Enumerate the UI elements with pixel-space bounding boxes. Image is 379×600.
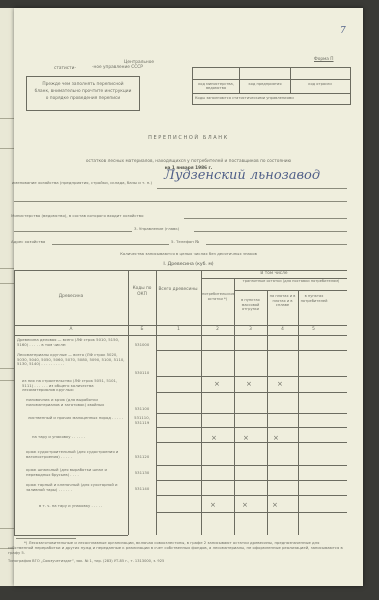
corner-handwritten-mark: 7 <box>340 26 346 36</box>
col-header-4: на плотах и в плотах и в сплаве <box>268 294 297 308</box>
col-num: 3 <box>234 327 267 332</box>
table-row-code: 531110, 531119 <box>128 416 156 425</box>
table-row-name: на тару и упаковку . . . . . . <box>32 434 85 439</box>
table-row-name: Древесина деловая — всего (ЛФ строк 5010… <box>17 338 125 347</box>
table-row-code: 531120 <box>128 454 156 459</box>
agency-line2-right: -ное управление СССР <box>92 65 143 70</box>
table-row-code: 530110 <box>128 370 156 375</box>
table-row-name: кряж судостроительный (для судостроения … <box>26 450 126 459</box>
x-mark: × <box>246 380 252 388</box>
integer-note: Количества записываются в целых числах б… <box>14 251 363 256</box>
code-industry-cell: код отрасли <box>291 82 349 86</box>
col-header-5: в пунктах потребителей <box>299 294 329 303</box>
col-header-code: Коды по ОКП <box>128 286 156 298</box>
ministry-label: Министерство (ведомство), в состав котор… <box>11 213 181 218</box>
table-row-name: в т. ч. на тару и упаковку . . . . . <box>39 503 102 508</box>
table-row-code: 531130 <box>128 470 156 475</box>
table-row-code: 531100 <box>128 406 156 411</box>
wood-table: Древесина Коды по ОКП Всего древесины В … <box>14 270 347 535</box>
code-enterprise-cell: код предприятия <box>240 82 290 86</box>
x-mark: × <box>243 434 249 442</box>
notice-line: бланк, внимательно прочтите инструкции <box>27 89 139 94</box>
col-header-total: Всего древесины <box>158 287 198 293</box>
printer-line: Типография ВГО „Союзучетиздат“, зак. № 1… <box>8 559 164 564</box>
agency-line2-left: статисти- <box>54 66 76 71</box>
col-header-3: в пунктах массовой отгрузки <box>235 298 266 312</box>
table-row-name: кряж шпальный (для выработки шпал и пере… <box>26 468 126 477</box>
footnote: *) Лесозаготовительные и лесосплавные ор… <box>8 540 343 555</box>
x-mark: × <box>272 501 278 509</box>
x-mark: × <box>242 501 248 509</box>
form-subtitle: остатков лесных материалов, находящихся … <box>14 159 363 164</box>
code-ministry-cell: код министерства, ведомства <box>193 82 239 91</box>
col-num: 4 <box>267 327 298 332</box>
col-header-supplier: транзитные остатки (для поставки потреби… <box>236 279 346 284</box>
col-num: 5 <box>298 327 329 332</box>
section-title: I. Древесина (куб. м) <box>14 262 363 267</box>
codes-footer: Коды заполняются статистическими управле… <box>195 96 294 101</box>
col-num: А <box>14 327 128 332</box>
x-mark: × <box>211 434 217 442</box>
org-name-handwritten[interactable]: Лудзенский льнозавод <box>164 168 320 183</box>
col-header-incl: В том числе <box>201 271 347 276</box>
address-label: Адрес хозяйства <box>11 239 49 244</box>
table-row-name: лиственный и прочих малоценных пород . .… <box>28 416 126 421</box>
department-label: 3. Управление (главк) <box>134 226 179 231</box>
table-row-code: 531140 <box>128 486 156 491</box>
notice-line: Прежде чем заполнять переписной <box>27 82 139 87</box>
x-mark: × <box>273 434 279 442</box>
col-num: 1 <box>156 327 201 332</box>
table-row-name: кряж тарный и клепочный (для сухотарной … <box>26 483 126 492</box>
form-label: Форма П <box>314 57 334 62</box>
table-row-name: Лесоматериалы круглые — всего (ЛФ строк … <box>17 353 125 367</box>
table-row-name: из них на строительство (ЛФ строк 5051, … <box>22 379 126 393</box>
col-header-wood: Древесина <box>14 294 128 299</box>
col-num: Б <box>128 327 156 332</box>
table-row-code: 531000 <box>128 342 156 347</box>
org-name-label: Наименование хозяйства (предприятия, стр… <box>12 180 152 185</box>
census-form-page: Центральное статисти- -ное управление СС… <box>14 8 363 586</box>
form-title: ПЕРЕПИСНОЙ БЛАНК <box>14 136 363 141</box>
x-mark: × <box>277 380 283 388</box>
x-mark: × <box>210 501 216 509</box>
phone-label: 5. Телефон № <box>171 239 199 244</box>
notice-box: Прежде чем заполнять переписной бланк, в… <box>26 76 140 111</box>
codes-table: код министерства, ведомства код предприя… <box>192 67 351 105</box>
col-header-consumer: потребительские остатки *) <box>202 292 233 301</box>
x-mark: × <box>214 380 220 388</box>
col-num: 2 <box>201 327 234 332</box>
table-row-name: пиловочник и кряж (для выработки пиломат… <box>26 398 126 407</box>
notice-line: о порядке проведения переписи <box>27 96 139 101</box>
